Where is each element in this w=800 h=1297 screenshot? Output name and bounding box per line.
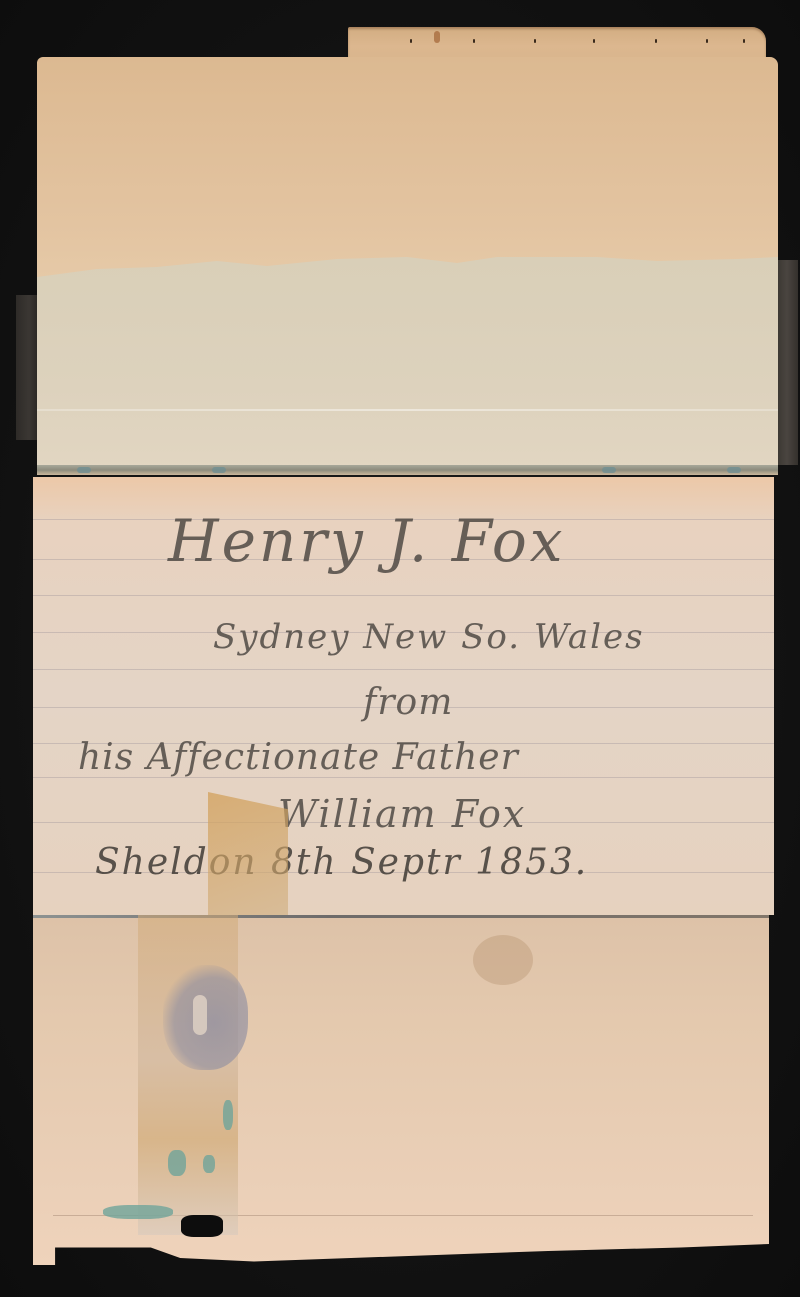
recipient-place: Sydney New So. Wales <box>213 617 645 657</box>
fold-line <box>37 409 778 411</box>
top-tab-strip <box>348 27 766 59</box>
stitch-hole <box>655 39 657 43</box>
stitch-hole <box>706 39 708 43</box>
sender-name: William Fox <box>278 792 526 836</box>
stitch-hole <box>473 39 475 43</box>
mold-spot <box>103 1205 173 1219</box>
stitch-hole <box>410 39 412 43</box>
binding-stitch <box>77 467 91 473</box>
blank-upper-leaf <box>37 57 778 475</box>
mold-spot <box>203 1155 215 1173</box>
from-word: from <box>363 682 453 723</box>
stitch-hole <box>593 39 595 43</box>
relation-line: his Affectionate Father <box>78 737 519 778</box>
binding-board-right <box>776 260 798 465</box>
stitch-hole <box>534 39 536 43</box>
binding-board-left <box>16 295 38 440</box>
burn-hole <box>181 1215 223 1237</box>
mold-spot <box>223 1100 233 1130</box>
torn-paper-layer <box>37 257 778 475</box>
place-and-date: Sheldon 8th Septr 1853. <box>95 842 588 883</box>
handwritten-inscription: Henry J. Fox Sydney New So. Wales from h… <box>33 477 774 915</box>
binding-stitch <box>602 467 616 473</box>
water-stain <box>473 935 533 985</box>
binding-spine <box>37 465 778 475</box>
adhesive-tape <box>208 792 288 915</box>
adhesive-tape <box>138 915 238 1235</box>
lower-leaf <box>33 915 769 1265</box>
postmark-worn-area <box>193 995 207 1035</box>
inscription-page: Henry J. Fox Sydney New So. Wales from h… <box>33 477 774 915</box>
mold-spot <box>168 1150 186 1176</box>
recipient-name: Henry J. Fox <box>168 507 566 575</box>
stitch-hole <box>743 39 745 43</box>
binding-stitch <box>727 467 741 473</box>
rust-stain <box>434 31 440 43</box>
binding-stitch <box>212 467 226 473</box>
